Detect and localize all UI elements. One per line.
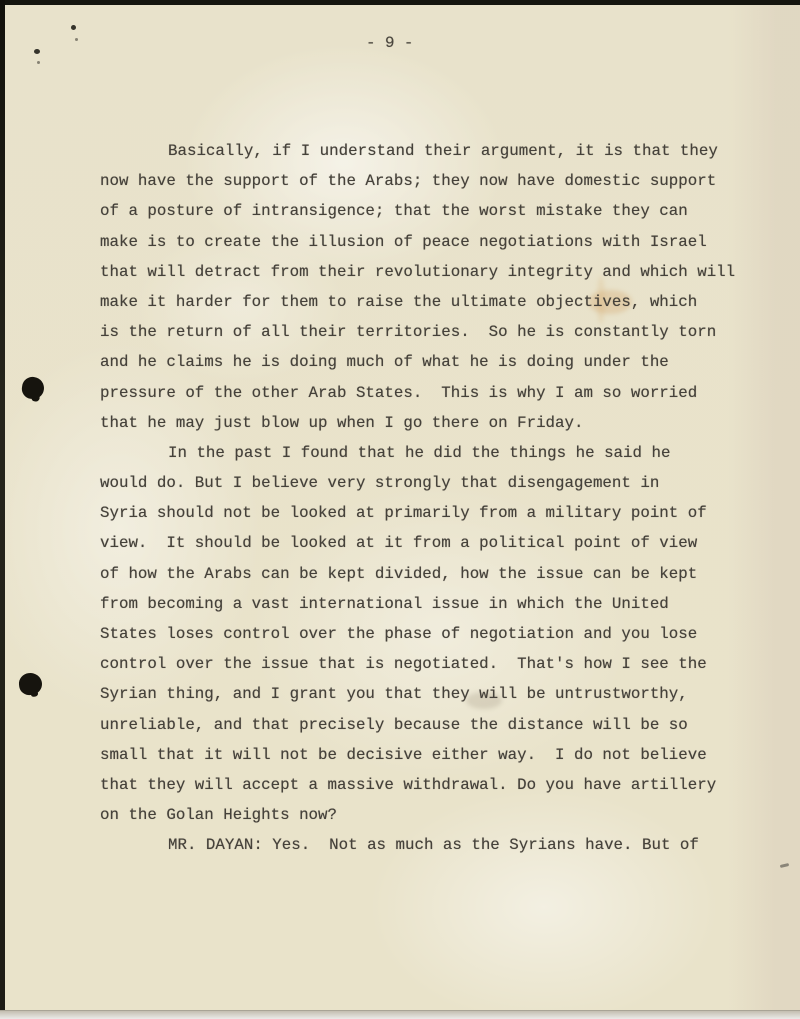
text-line: of a posture of intransigence; that the … bbox=[100, 196, 760, 226]
text-line: and he claims he is doing much of what h… bbox=[100, 347, 760, 377]
hole-punch-mark bbox=[21, 376, 46, 401]
text-line: that he may just blow up when I go there… bbox=[100, 408, 760, 438]
text-line: on the Golan Heights now? bbox=[100, 800, 760, 830]
text-line: make it harder for them to raise the ult… bbox=[100, 287, 760, 317]
text-line: MR. DAYAN: Yes. Not as much as the Syria… bbox=[100, 830, 760, 860]
ink-speck bbox=[71, 25, 76, 30]
scan-edge-bottom bbox=[0, 1010, 800, 1019]
text-line: that they will accept a massive withdraw… bbox=[100, 770, 760, 800]
text-line: Basically, if I understand their argumen… bbox=[100, 136, 760, 166]
text-line: small that it will not be decisive eithe… bbox=[100, 740, 760, 770]
text-line: is the return of all their territories. … bbox=[100, 317, 760, 347]
paragraph: Basically, if I understand their argumen… bbox=[100, 136, 760, 438]
typewritten-text-body: Basically, if I understand their argumen… bbox=[100, 136, 760, 861]
ink-speck bbox=[37, 61, 40, 64]
paragraph: MR. DAYAN: Yes. Not as much as the Syria… bbox=[100, 830, 760, 860]
text-line: control over the issue that is negotiate… bbox=[100, 649, 760, 679]
text-line: would do. But I believe very strongly th… bbox=[100, 468, 760, 498]
text-line: unreliable, and that precisely because t… bbox=[100, 710, 760, 740]
scan-edge-top bbox=[0, 0, 800, 5]
text-line: that will detract from their revolutiona… bbox=[100, 257, 760, 287]
text-line: make is to create the illusion of peace … bbox=[100, 227, 760, 257]
text-line: In the past I found that he did the thin… bbox=[100, 438, 760, 468]
text-line: from becoming a vast international issue… bbox=[100, 589, 760, 619]
scan-edge-left bbox=[0, 0, 5, 1019]
hole-punch-mark bbox=[18, 672, 43, 696]
ink-speck bbox=[34, 49, 40, 54]
text-line: States loses control over the phase of n… bbox=[100, 619, 760, 649]
text-line: view. It should be looked at it from a p… bbox=[100, 528, 760, 558]
text-line: pressure of the other Arab States. This … bbox=[100, 378, 760, 408]
page-number: - 9 - bbox=[366, 34, 413, 52]
text-line: Syria should not be looked at primarily … bbox=[100, 498, 760, 528]
pencil-mark bbox=[780, 863, 789, 868]
text-line: Syrian thing, and I grant you that they … bbox=[100, 679, 760, 709]
text-line: now have the support of the Arabs; they … bbox=[100, 166, 760, 196]
text-line: of how the Arabs can be kept divided, ho… bbox=[100, 559, 760, 589]
paragraph: In the past I found that he did the thin… bbox=[100, 438, 760, 830]
ink-speck bbox=[75, 38, 78, 41]
scanned-document-page: - 9 - Basically, if I understand their a… bbox=[0, 0, 800, 1019]
